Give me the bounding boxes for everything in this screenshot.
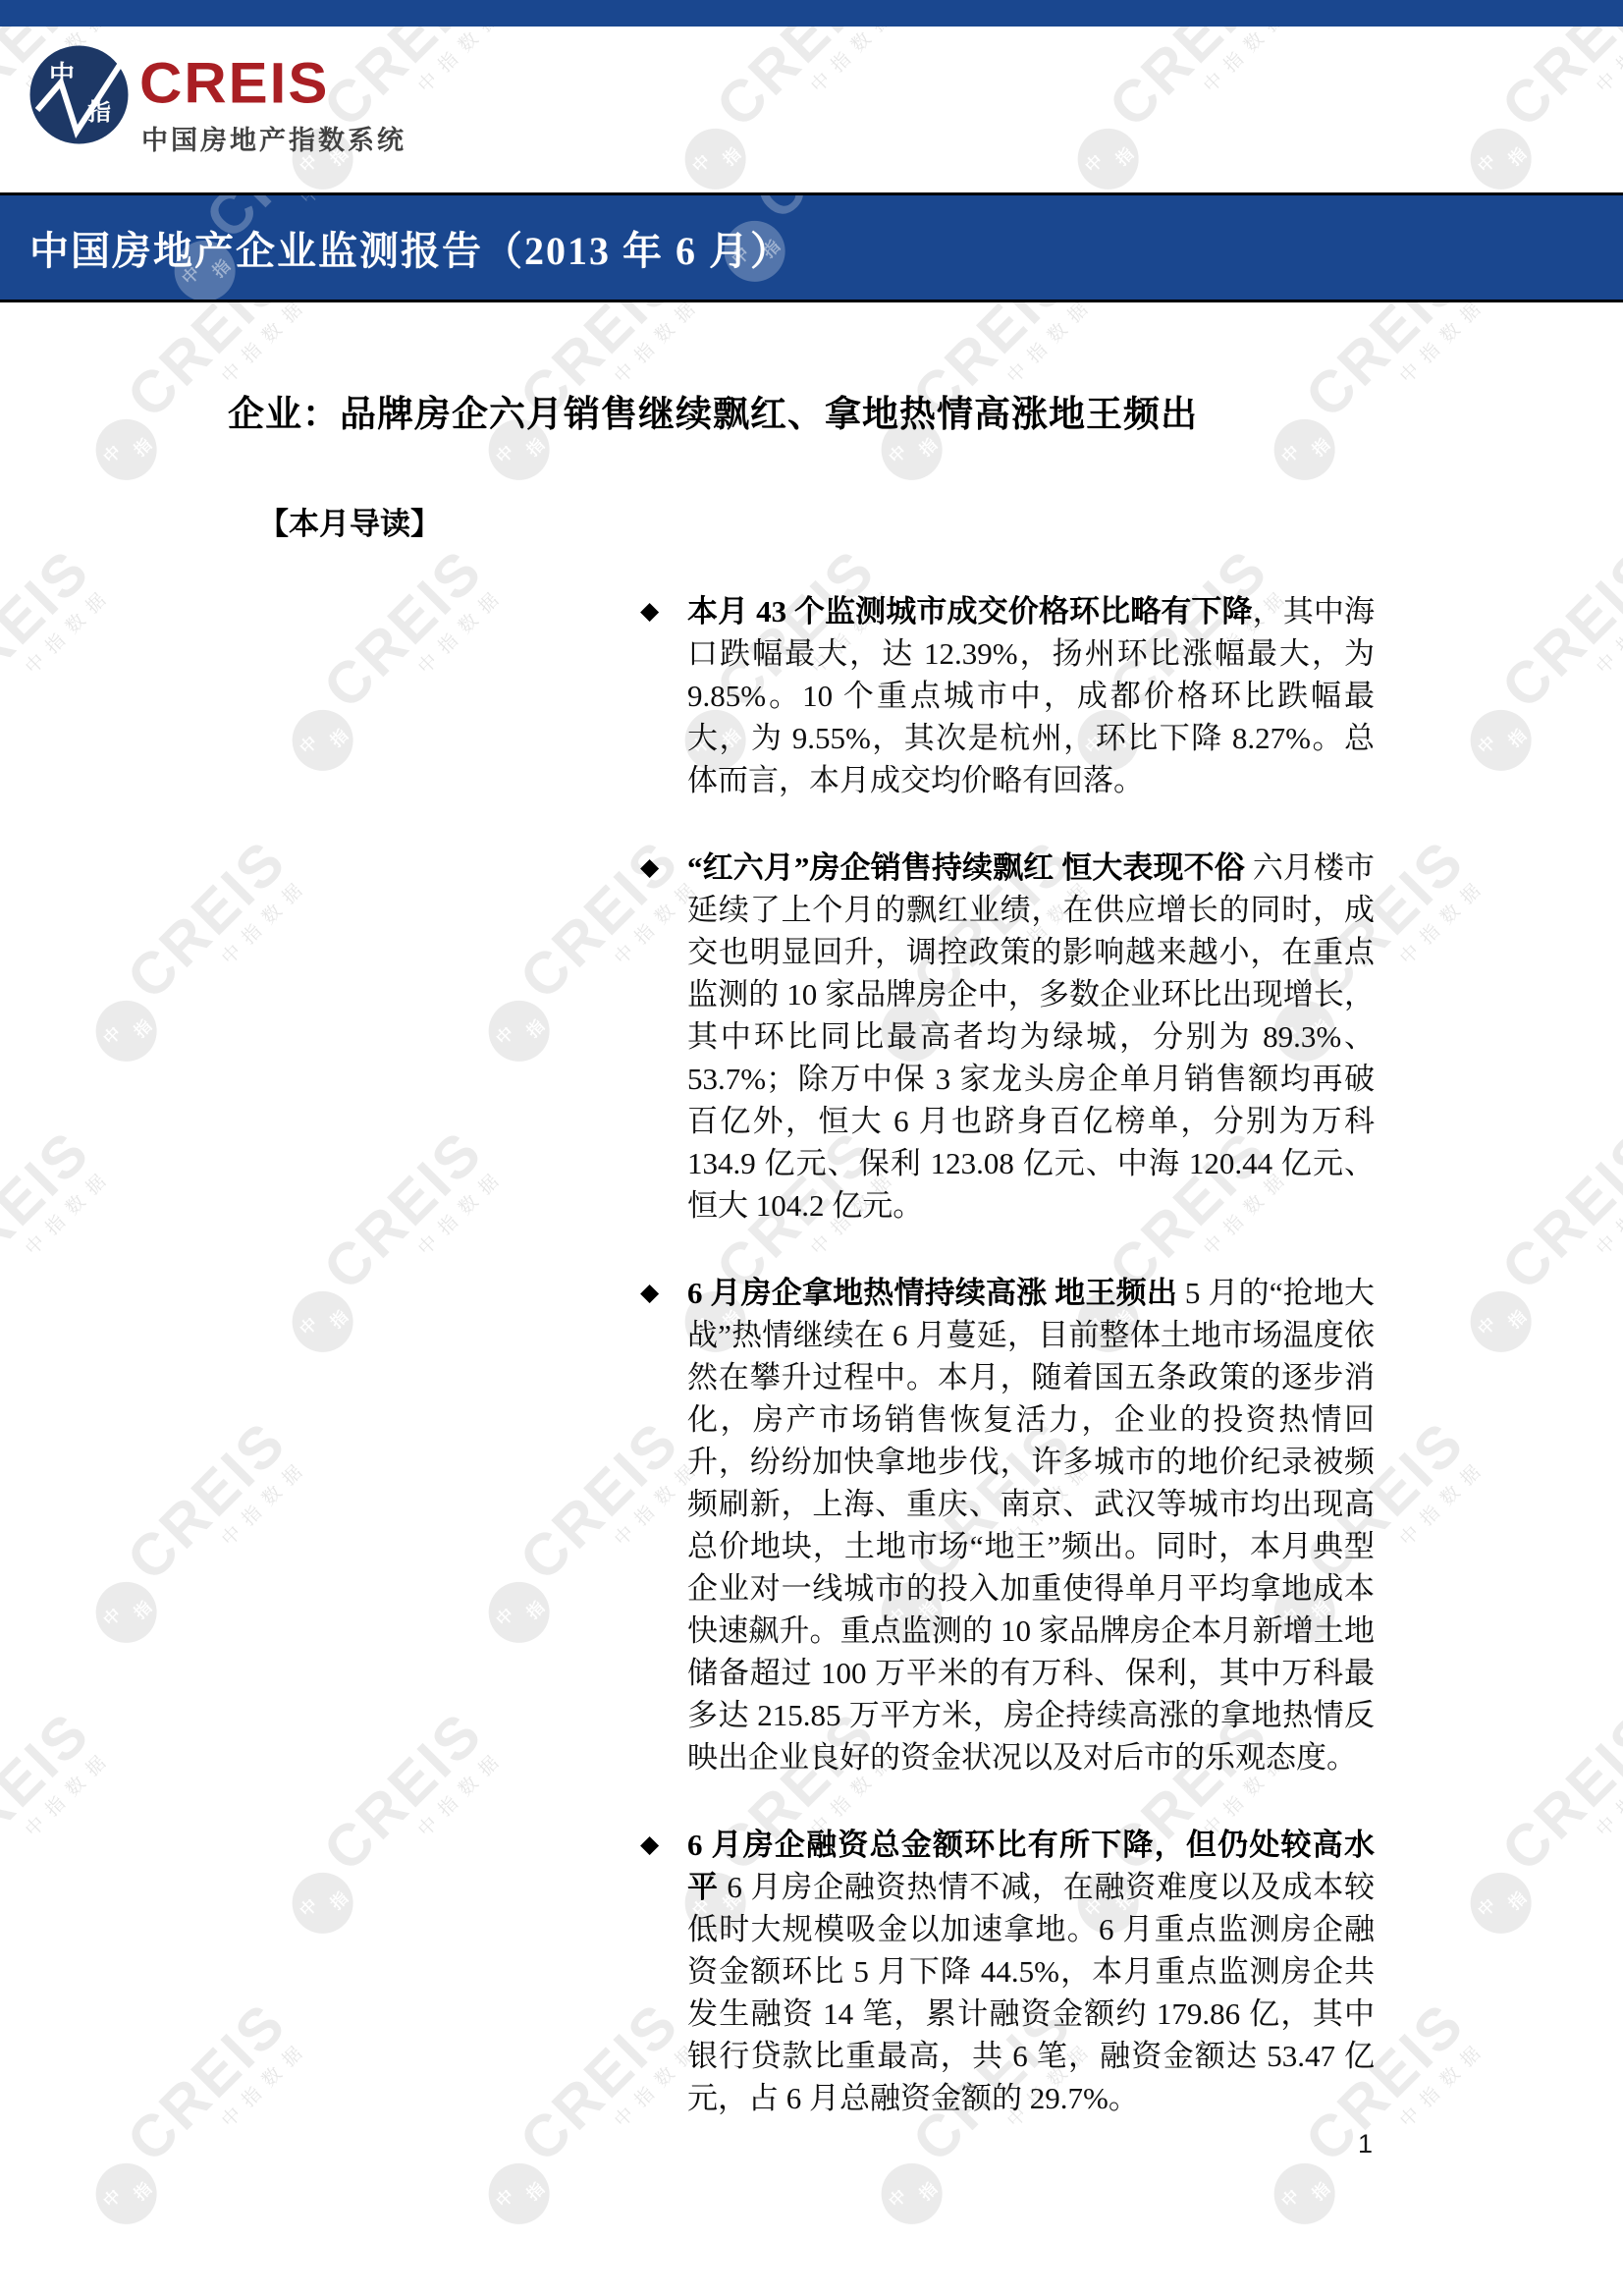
report-title-bar: 中 指 CREIS 中指数据 中 指 CREIS 中指数据 中国 <box>0 192 1623 302</box>
bullet-paragraph: 6 月房企拿地热情持续高涨 地王频出 5 月的“抢地大战”热情继续在 6 月蔓延… <box>687 1272 1375 1778</box>
watermark-circle-char-bottom: 指 <box>1305 2176 1334 2206</box>
logo-char-zhong: 中 <box>49 63 75 88</box>
page-number: 1 <box>1358 2129 1373 2159</box>
watermark-circle-char-top: 中 <box>882 2183 911 2213</box>
diamond-bullet-icon: ◆ <box>640 1824 687 1866</box>
report-title: 中国房地产企业监测报告（2013 年 6 月） <box>29 220 791 276</box>
page-heading: 企业：品牌房企六月销售继续飘红、拿地热情高涨地王频出 <box>228 391 1623 440</box>
list-item: ◆ “红六月”房企销售持续飘红 恒大表现不俗 六月楼市延续了上个月的飘红业绩，在… <box>640 847 1375 1227</box>
watermark-chars-text: 中指数据 <box>298 192 391 208</box>
bullet-paragraph: 6 月房企融资总金额环比有所下降，但仍处较高水平 6 月房企融资热情不减，在融资… <box>687 1824 1375 2119</box>
bullet-paragraph: “红六月”房企销售持续飘红 恒大表现不俗 六月楼市延续了上个月的飘红业绩，在供应… <box>687 847 1375 1227</box>
bullet-lead: “红六月”房企销售持续飘红 恒大表现不俗 <box>687 850 1245 885</box>
logo-char-zhi: 指 <box>87 101 111 125</box>
section-label: 【本月导读】 <box>258 499 1623 543</box>
diamond-bullet-icon: ◆ <box>640 847 687 889</box>
report-page: 中 指 CREIS 中指数据 中 指 CREIS 中指数据 <box>0 0 1623 2296</box>
bullet-body: 5 月的“抢地大战”热情继续在 6 月蔓延，目前整体土地市场温度依然在攀升过程中… <box>687 1276 1375 1775</box>
bullet-lead: 6 月房企拿地热情持续高涨 地王频出 <box>687 1276 1177 1310</box>
watermark-circle-icon: 中 指 <box>83 2151 170 2237</box>
logo-circle-graphic <box>29 45 129 144</box>
watermark-circle-char-top: 中 <box>96 2183 126 2213</box>
watermark-circle-icon: 中 指 <box>869 2151 955 2237</box>
highlights-list: ◆ 本月 43 个监测城市成交价格环比略有下降，其中海口跌幅最大，达 12.39… <box>640 590 1375 2119</box>
watermark-circle-char-top: 中 <box>489 2183 518 2213</box>
masthead: 中 指 CREIS 中国房地产指数系统 <box>0 27 1623 192</box>
list-item: ◆ 6 月房企拿地热情持续高涨 地王频出 5 月的“抢地大战”热情继续在 6 月… <box>640 1272 1375 1778</box>
watermark-circle-icon: 中 指 <box>1262 2151 1348 2237</box>
document-body: 企业：品牌房企六月销售继续飘红、拿地热情高涨地王频出 【本月导读】 ◆ 本月 4… <box>0 302 1623 2119</box>
bullet-body: 六月楼市延续了上个月的飘红业绩，在供应增长的同时，成交也明显回升，调控政策的影响… <box>687 850 1375 1223</box>
watermark-circle-char-top: 中 <box>1274 2183 1304 2213</box>
creis-logo-icon: 中 指 <box>29 45 129 144</box>
list-item: ◆ 6 月房企融资总金额环比有所下降，但仍处较高水平 6 月房企融资热情不减，在… <box>640 1824 1375 2119</box>
watermark-circle-char-bottom: 指 <box>912 2176 942 2206</box>
brand-subtitle: 中国房地产指数系统 <box>141 119 406 157</box>
watermark-circle-char-bottom: 指 <box>519 2176 549 2206</box>
bullet-lead: 本月 43 个监测城市成交价格环比略有下降 <box>687 594 1253 629</box>
diamond-bullet-icon: ◆ <box>640 1272 687 1314</box>
top-blue-bar <box>0 0 1623 27</box>
watermark-circle-icon: 中 指 <box>476 2151 563 2237</box>
brand-name: CREIS <box>139 55 329 113</box>
list-item: ◆ 本月 43 个监测城市成交价格环比略有下降，其中海口跌幅最大，达 12.39… <box>640 590 1375 801</box>
bullet-body: 6 月房企融资热情不减，在融资难度以及成本较低时大规模吸金以加速拿地。6 月重点… <box>687 1870 1375 2115</box>
bullet-paragraph: 本月 43 个监测城市成交价格环比略有下降，其中海口跌幅最大，达 12.39%，… <box>687 590 1375 801</box>
watermark-circle-char-bottom: 指 <box>127 2176 156 2206</box>
diamond-bullet-icon: ◆ <box>640 590 687 632</box>
